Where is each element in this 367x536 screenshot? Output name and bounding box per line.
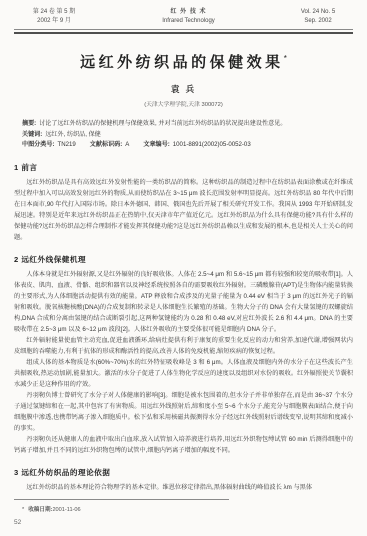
- article-body: 1 前言 远红外纺织品是具有高效远红外发射性能的一类纺织品的简称。这种纺织品的制…: [14, 162, 353, 493]
- journal-page: 第 24 卷 第 5 期 2002 年 9 月 红 外 技 术 Infrared…: [0, 0, 367, 536]
- doc-code-label: 文献标识码:: [90, 141, 123, 148]
- keywords-row: 关键词:远红外, 纺织品, 保健: [22, 130, 347, 141]
- journal-name-block: 红 外 技 术 Infrared Technology: [162, 8, 215, 26]
- section-2-paragraph: 人体本身就是红外辐射源,又是红外辐射的良好吸收体。人体在 2.5~4 μm 和 …: [14, 269, 353, 335]
- section-2-paragraph: 丹羽靭负还从健康人的血液中取出白血球,放入试管加入培养液进行培养,用远红外织物包…: [14, 434, 353, 456]
- abstract-row: 摘要:讨论了远红外纺织品的保健机理与保健效果, 并对当前远红外纺织品的状况提出建…: [22, 119, 347, 130]
- keywords-text: 远红外, 纺织品, 保健: [45, 131, 101, 138]
- article-id-label: 文章编号:: [143, 141, 169, 148]
- doc-code-value: A: [125, 141, 129, 148]
- footnote-area: *收稿日期:2001-11-06 52: [14, 499, 353, 526]
- classification-row: 中图分类号:TN219文献标识码:A文章编号:1001-8891(2002)05…: [22, 140, 347, 151]
- journal-name-en: Infrared Technology: [162, 17, 215, 26]
- issue-date-en: Sep. 2002: [283, 17, 353, 26]
- article-title-text: 远红外纺织品的保健效果: [80, 54, 284, 71]
- author-name: 袁 兵: [14, 83, 353, 95]
- section-3-paragraph: 远红外纺织品的基本理论符合物理学的基本定律。维恩位移定律指出,黑体辐射曲线的峰值…: [14, 482, 353, 493]
- clc-label: 中图分类号:: [22, 141, 55, 148]
- received-date-value: 2001-11-06: [52, 507, 80, 513]
- article-id-value: 1001-8891(2002)05-0052-03: [173, 141, 251, 148]
- volume-issue-cn: 第 24 卷 第 5 期: [14, 8, 94, 17]
- header-volume-issue-en-block: Vol. 24 No. 5 Sep. 2002: [283, 8, 353, 26]
- section-2-heading: 2 远红外线保健机理: [14, 254, 353, 265]
- abstract-label: 摘要:: [22, 120, 36, 127]
- volume-issue-en: Vol. 24 No. 5: [283, 8, 353, 17]
- section-2-paragraph: 组成人体的基本物质是水(60%~70%)水的红外特征吸收峰是 3 和 6 μm。…: [14, 357, 353, 390]
- header-divider: [14, 29, 353, 34]
- keywords-label: 关键词:: [22, 131, 42, 138]
- section-3-heading: 3 远红外纺织品的理论依据: [14, 467, 353, 478]
- abstract-text: 讨论了远红外纺织品的保健机理与保健效果, 并对当前远红外纺织品的状况提出建设性意…: [39, 120, 286, 127]
- journal-name-cn: 红 外 技 术: [162, 8, 215, 17]
- journal-header: 第 24 卷 第 5 期 2002 年 9 月 红 外 技 术 Infrared…: [14, 8, 353, 26]
- header-volume-issue-block: 第 24 卷 第 5 期 2002 年 9 月: [14, 8, 94, 26]
- section-1-paragraph: 远红外纺织品是具有高效远红外发射性能的一类纺织品的简称。这种纺织品的制造过程中在…: [14, 177, 353, 243]
- footnote-divider: [14, 499, 229, 500]
- footnote-mark: *: [22, 507, 24, 513]
- title-footnote-mark: *: [284, 54, 287, 63]
- section-2-paragraph: 红外辐射能量使血管主动充血,促进血液循环,给病灶提供有利于康复的重要生化反应的动…: [14, 335, 353, 357]
- received-date-label: 收稿日期:: [28, 507, 52, 513]
- section-1-heading: 1 前言: [14, 162, 353, 173]
- section-2-paragraph: 丹羽靭负博士曾研究了水分子对人体健康的影响[3]。细胞是被水包围着的,但水分子并…: [14, 390, 353, 434]
- clc-value: TN219: [58, 141, 76, 148]
- article-title: 远红外纺织品的保健效果*: [14, 51, 353, 72]
- issue-date-cn: 2002 年 9 月: [14, 17, 94, 26]
- received-date-footnote: *收稿日期:2001-11-06: [14, 505, 353, 513]
- page-number: 52: [14, 519, 353, 526]
- article-meta-block: 摘要:讨论了远红外纺织品的保健机理与保健效果, 并对当前远红外纺织品的状况提出建…: [22, 119, 347, 151]
- author-affiliation: (天津大学理学院,天津 300072): [14, 99, 353, 108]
